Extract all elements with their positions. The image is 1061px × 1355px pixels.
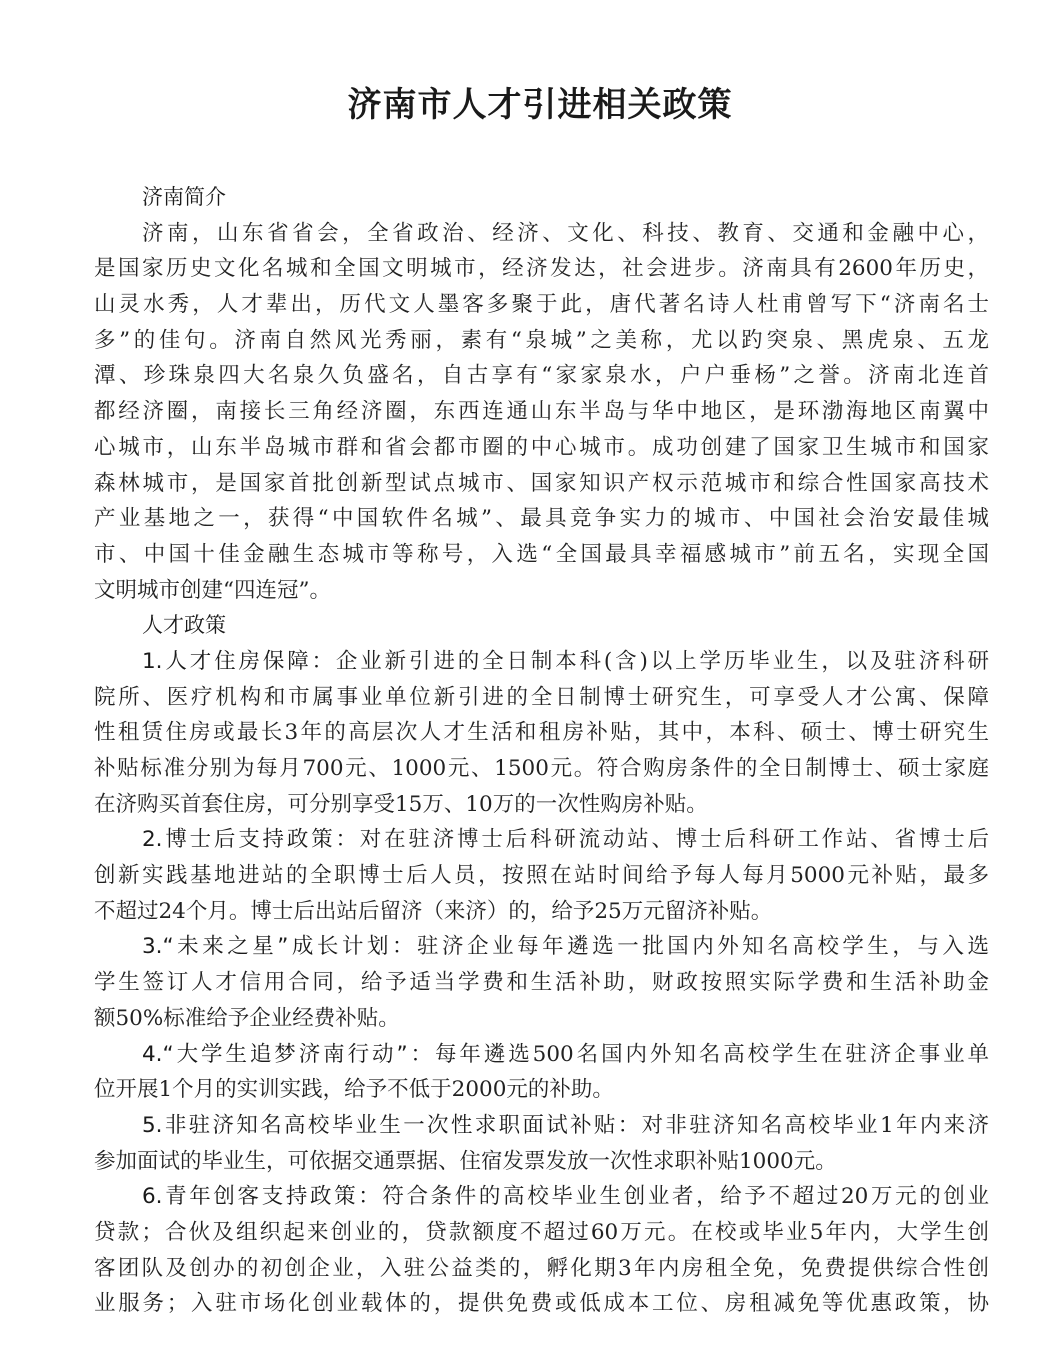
policy-first-line: 6.青年创客支持政策：符合条件的高校毕业生创业者，给予不超过20万元的创业 — [94, 1179, 989, 1215]
policy-first-line: 3.“未来之星”成长计划：驻济企业每年遴选一批国内外知名高校学生，与入选 — [94, 929, 989, 965]
paragraph-line: 济南，山东省省会，全省政治、经济、文化、科技、教育、交通和金融中心， — [94, 216, 989, 252]
paragraph-line: 位开展1个月的实训实践，给予不低于2000元的补助。 — [94, 1072, 989, 1108]
document-title: 济南市人才引进相关政策 — [0, 80, 1061, 130]
paragraph-line: 贷款；合伙及组织起来创业的，贷款额度不超过60万元。在校或毕业5年内，大学生创 — [94, 1215, 989, 1251]
policy-first-line: 5.非驻济知名高校毕业生一次性求职面试补贴：对非驻济知名高校毕业1年内来济 — [94, 1108, 989, 1144]
policy-label: 2.博士后支持政策： — [142, 827, 360, 852]
policy-item-student-dream: 4.“大学生追梦济南行动”：每年遴选500名国内外知名高校学生在驻济企事业单 位… — [94, 1037, 989, 1108]
policy-label: 5.非驻济知名高校毕业生一次性求职面试补贴： — [142, 1113, 642, 1138]
paragraph-line: 额50%标准给予企业经费补贴。 — [94, 1001, 989, 1037]
policy-label: 1.人才住房保障： — [142, 649, 336, 674]
policy-first-line: 2.博士后支持政策：对在驻济博士后科研流动站、博士后科研工作站、省博士后 — [94, 822, 989, 858]
policy-item-postdoc: 2.博士后支持政策：对在驻济博士后科研流动站、博士后科研工作站、省博士后 创新实… — [94, 822, 989, 929]
paragraph-line: 创新实践基地进站的全职博士后人员，按照在站时间给予每人每月5000元补贴，最多 — [94, 858, 989, 894]
paragraph-line: 山灵水秀，人才辈出，历代文人墨客多聚于此，唐代著名诗人杜甫曾写下“济南名士 — [94, 287, 989, 323]
paragraph-line: 业服务；入驻市场化创业载体的，提供免费或低成本工位、房租减免等优惠政策，协 — [94, 1286, 989, 1322]
paragraph-line: 客团队及创办的初创企业，入驻公益类的，孵化期3年内房租全免，免费提供综合性创 — [94, 1251, 989, 1287]
policy-item-interview-subsidy: 5.非驻济知名高校毕业生一次性求职面试补贴：对非驻济知名高校毕业1年内来济 参加… — [94, 1108, 989, 1179]
document-page: 济南市人才引进相关政策 济南简介 济南，山东省省会，全省政治、经济、文化、科技、… — [0, 0, 1061, 1355]
policy-label: 3.“未来之星”成长计划： — [142, 934, 417, 959]
paragraph-line: 学生签订人才信用合同，给予适当学费和生活补助，财政按照实际学费和生活补助金 — [94, 965, 989, 1001]
document-body: 济南简介 济南，山东省省会，全省政治、经济、文化、科技、教育、交通和金融中心， … — [94, 180, 989, 1322]
policy-text: 对在驻济博士后科研流动站、博士后科研工作站、省博士后 — [360, 827, 989, 852]
section-heading-jinan-intro: 济南简介 — [94, 180, 989, 216]
policy-text: 对非驻济知名高校毕业1年内来济 — [642, 1113, 989, 1138]
paragraph-line: 参加面试的毕业生，可依据交通票据、住宿发票发放一次性求职补贴1000元。 — [94, 1144, 989, 1180]
policy-label: 6.青年创客支持政策： — [142, 1184, 382, 1209]
paragraph-line: 潭、珍珠泉四大名泉久负盛名，自古享有“家家泉水，户户垂杨”之誉。济南北连首 — [94, 358, 989, 394]
policy-item-future-star: 3.“未来之星”成长计划：驻济企业每年遴选一批国内外知名高校学生，与入选 学生签… — [94, 929, 989, 1036]
paragraph-line: 院所、医疗机构和市属事业单位新引进的全日制博士研究生，可享受人才公寓、保障 — [94, 680, 989, 716]
policy-first-line: 4.“大学生追梦济南行动”：每年遴选500名国内外知名高校学生在驻济企事业单 — [94, 1037, 989, 1073]
policy-text: 符合条件的高校毕业生创业者，给予不超过20万元的创业 — [382, 1184, 989, 1209]
policy-first-line: 1.人才住房保障：企业新引进的全日制本科(含)以上学历毕业生，以及驻济科研 — [94, 644, 989, 680]
policy-text: 企业新引进的全日制本科(含)以上学历毕业生，以及驻济科研 — [336, 649, 989, 674]
paragraph-line: 都经济圈，南接长三角经济圈，东西连通山东半岛与华中地区，是环渤海地区南翼中 — [94, 394, 989, 430]
paragraph-line: 文明城市创建“四连冠”。 — [94, 573, 989, 609]
paragraph-line: 性租赁住房或最长3年的高层次人才生活和租房补贴，其中，本科、硕士、博士研究生 — [94, 715, 989, 751]
paragraph-line: 森林城市，是国家首批创新型试点城市、国家知识产权示范城市和综合性国家高技术 — [94, 466, 989, 502]
policy-text: 驻济企业每年遴选一批国内外知名高校学生，与入选 — [417, 934, 989, 959]
policy-item-youth-maker: 6.青年创客支持政策：符合条件的高校毕业生创业者，给予不超过20万元的创业 贷款… — [94, 1179, 989, 1322]
paragraph-line: 不超过24个月。博士后出站后留济（来济）的，给予25万元留济补贴。 — [94, 894, 989, 930]
paragraph-line: 多”的佳句。济南自然风光秀丽，素有“泉城”之美称，尤以趵突泉、黑虎泉、五龙 — [94, 323, 989, 359]
section-heading-talent-policy: 人才政策 — [94, 608, 989, 644]
policy-label: 4.“大学生追梦济南行动”： — [142, 1042, 435, 1067]
paragraph-line: 心城市，山东半岛城市群和省会都市圈的中心城市。成功创建了国家卫生城市和国家 — [94, 430, 989, 466]
paragraph-line: 是国家历史文化名城和全国文明城市，经济发达，社会进步。济南具有2600年历史， — [94, 251, 989, 287]
policy-item-housing: 1.人才住房保障：企业新引进的全日制本科(含)以上学历毕业生，以及驻济科研 院所… — [94, 644, 989, 822]
paragraph-line: 补贴标准分别为每月700元、1000元、1500元。符合购房条件的全日制博士、硕… — [94, 751, 989, 787]
paragraph-line: 产业基地之一，获得“中国软件名城”、最具竞争实力的城市、中国社会治安最佳城 — [94, 501, 989, 537]
paragraph-line: 市、中国十佳金融生态城市等称号，入选“全国最具幸福感城市”前五名，实现全国 — [94, 537, 989, 573]
policy-text: 每年遴选500名国内外知名高校学生在驻济企事业单 — [435, 1042, 989, 1067]
paragraph-line: 在济购买首套住房，可分别享受15万、10万的一次性购房补贴。 — [94, 787, 989, 823]
intro-paragraph: 济南，山东省省会，全省政治、经济、文化、科技、教育、交通和金融中心， 是国家历史… — [94, 216, 989, 609]
